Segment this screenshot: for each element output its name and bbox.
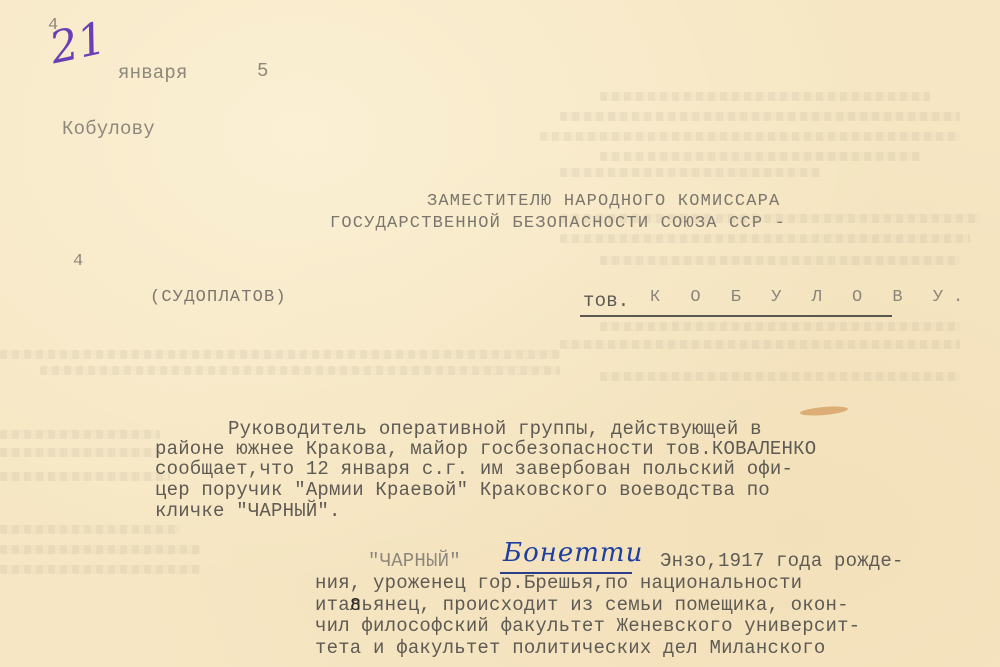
- date-year-digit: 5: [257, 60, 269, 82]
- paragraph-1-line-2: районе южнее Кракова, майор госбезопасно…: [155, 438, 816, 460]
- paragraph-1-line-1: Руководитель оперативной группы, действу…: [228, 418, 762, 440]
- addressee-short: Кобулову: [62, 118, 155, 140]
- paragraph-2-line-4: чил философский факультет Женевского уни…: [315, 615, 860, 637]
- margin-number: 4: [73, 252, 83, 271]
- paragraph-2-lead: "ЧАРНЫЙ": [368, 550, 461, 572]
- pencil-mark: 8: [350, 596, 361, 616]
- recipient-name: К О Б У Л О В У.: [650, 288, 973, 307]
- paragraph-1-line-3: сообщает,что 12 января с.г. им завербова…: [155, 458, 793, 480]
- paragraph-1-line-4: цер поручик "Армии Краевой" Краковского …: [155, 479, 770, 501]
- stain-mark: [800, 405, 849, 417]
- heading-line-1: ЗАМЕСТИТЕЛЮ НАРОДНОГО КОМИССАРА: [427, 192, 780, 211]
- handwritten-surname: Бонетти: [503, 538, 643, 568]
- author-name: (СУДОПЛАТОВ): [150, 288, 287, 307]
- paragraph-2-line-2: ния, уроженец гор.Брешья,по национальнос…: [315, 572, 802, 594]
- paragraph-2-line-3: итальянец, происходит из семьи помещика,…: [315, 594, 849, 616]
- paragraph-2-line-5: тета и факультет политических дел Миланс…: [315, 637, 825, 659]
- date-month: января: [118, 62, 188, 84]
- recipient-underline: [580, 315, 892, 317]
- scanned-document-page: 4 21 января 5 Кобулову ЗАМЕСТИТЕЛЮ НАРОД…: [0, 0, 1000, 667]
- recipient-prefix: тов.: [583, 290, 629, 312]
- heading-line-2: ГОСУДАРСТВЕННОЙ БЕЗОПАСНОСТИ СОЮЗА ССР -: [330, 214, 786, 233]
- paragraph-2-line-1-rest: Энзо,1917 года рожде-: [660, 550, 904, 572]
- paragraph-1-line-5: кличке "ЧАРНЫЙ".: [155, 500, 341, 522]
- handwritten-date-day: 21: [45, 13, 110, 75]
